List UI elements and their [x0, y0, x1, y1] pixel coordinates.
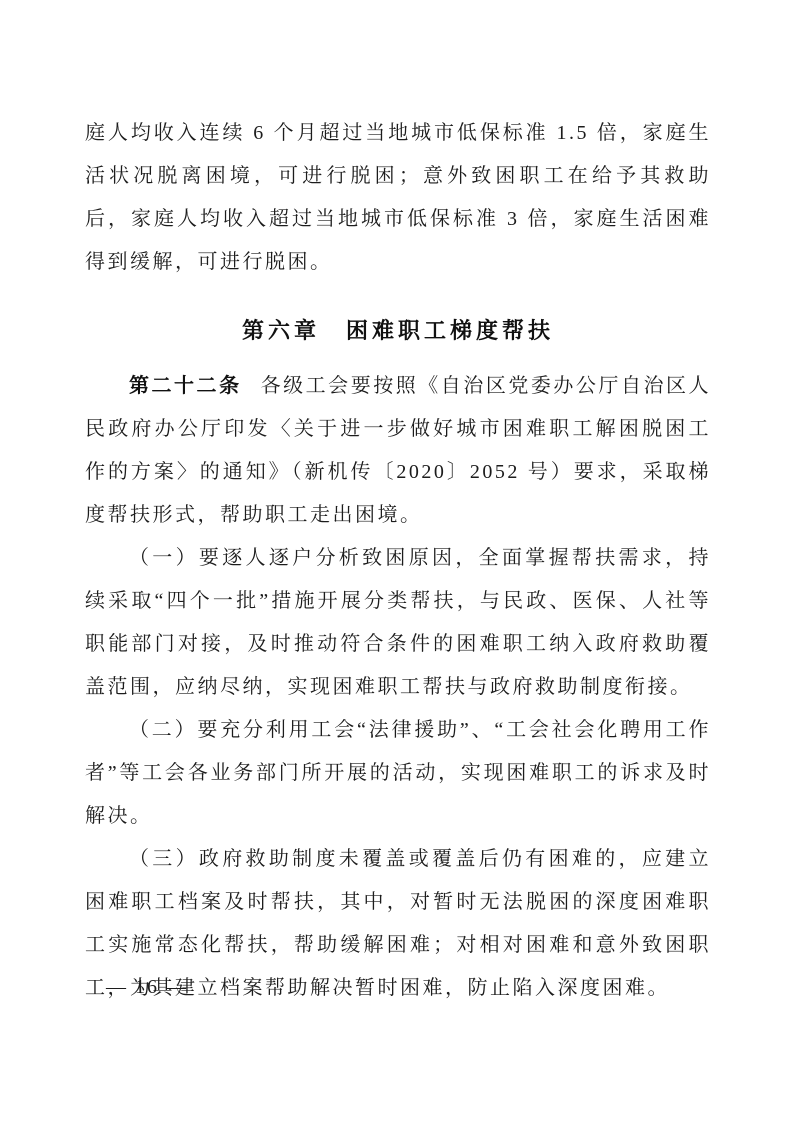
- document-body: 庭人均收入连续 6 个月超过当地城市低保标准 1.5 倍，家庭生活状况脱离困境，…: [85, 112, 711, 1010]
- article-paragraph: 第二十二条各级工会要按照《自治区党委办公厅自治区人民政府办公厅印发〈关于进一步做…: [85, 365, 711, 537]
- item-paragraph-1: （一）要逐人逐户分析致困原因，全面掌握帮扶需求，持续采取“四个一批”措施开展分类…: [85, 537, 711, 709]
- paragraph-continuation: 庭人均收入连续 6 个月超过当地城市低保标准 1.5 倍，家庭生活状况脱离困境，…: [85, 112, 711, 284]
- chapter-heading: 第六章 困难职工梯度帮扶: [85, 309, 711, 352]
- article-number-label: 第二十二条: [129, 375, 242, 397]
- document-page: 庭人均收入连续 6 个月超过当地城市低保标准 1.5 倍，家庭生活状况脱离困境，…: [0, 0, 793, 1122]
- page-footer: — 16 —: [106, 976, 188, 999]
- page-number: — 16 —: [106, 976, 188, 998]
- item-paragraph-2: （二）要充分利用工会“法律援助”、“工会社会化聘用工作者”等工会各业务部门所开展…: [85, 709, 711, 838]
- article-text: 各级工会要按照《自治区党委办公厅自治区人民政府办公厅印发〈关于进一步做好城市困难…: [85, 375, 711, 526]
